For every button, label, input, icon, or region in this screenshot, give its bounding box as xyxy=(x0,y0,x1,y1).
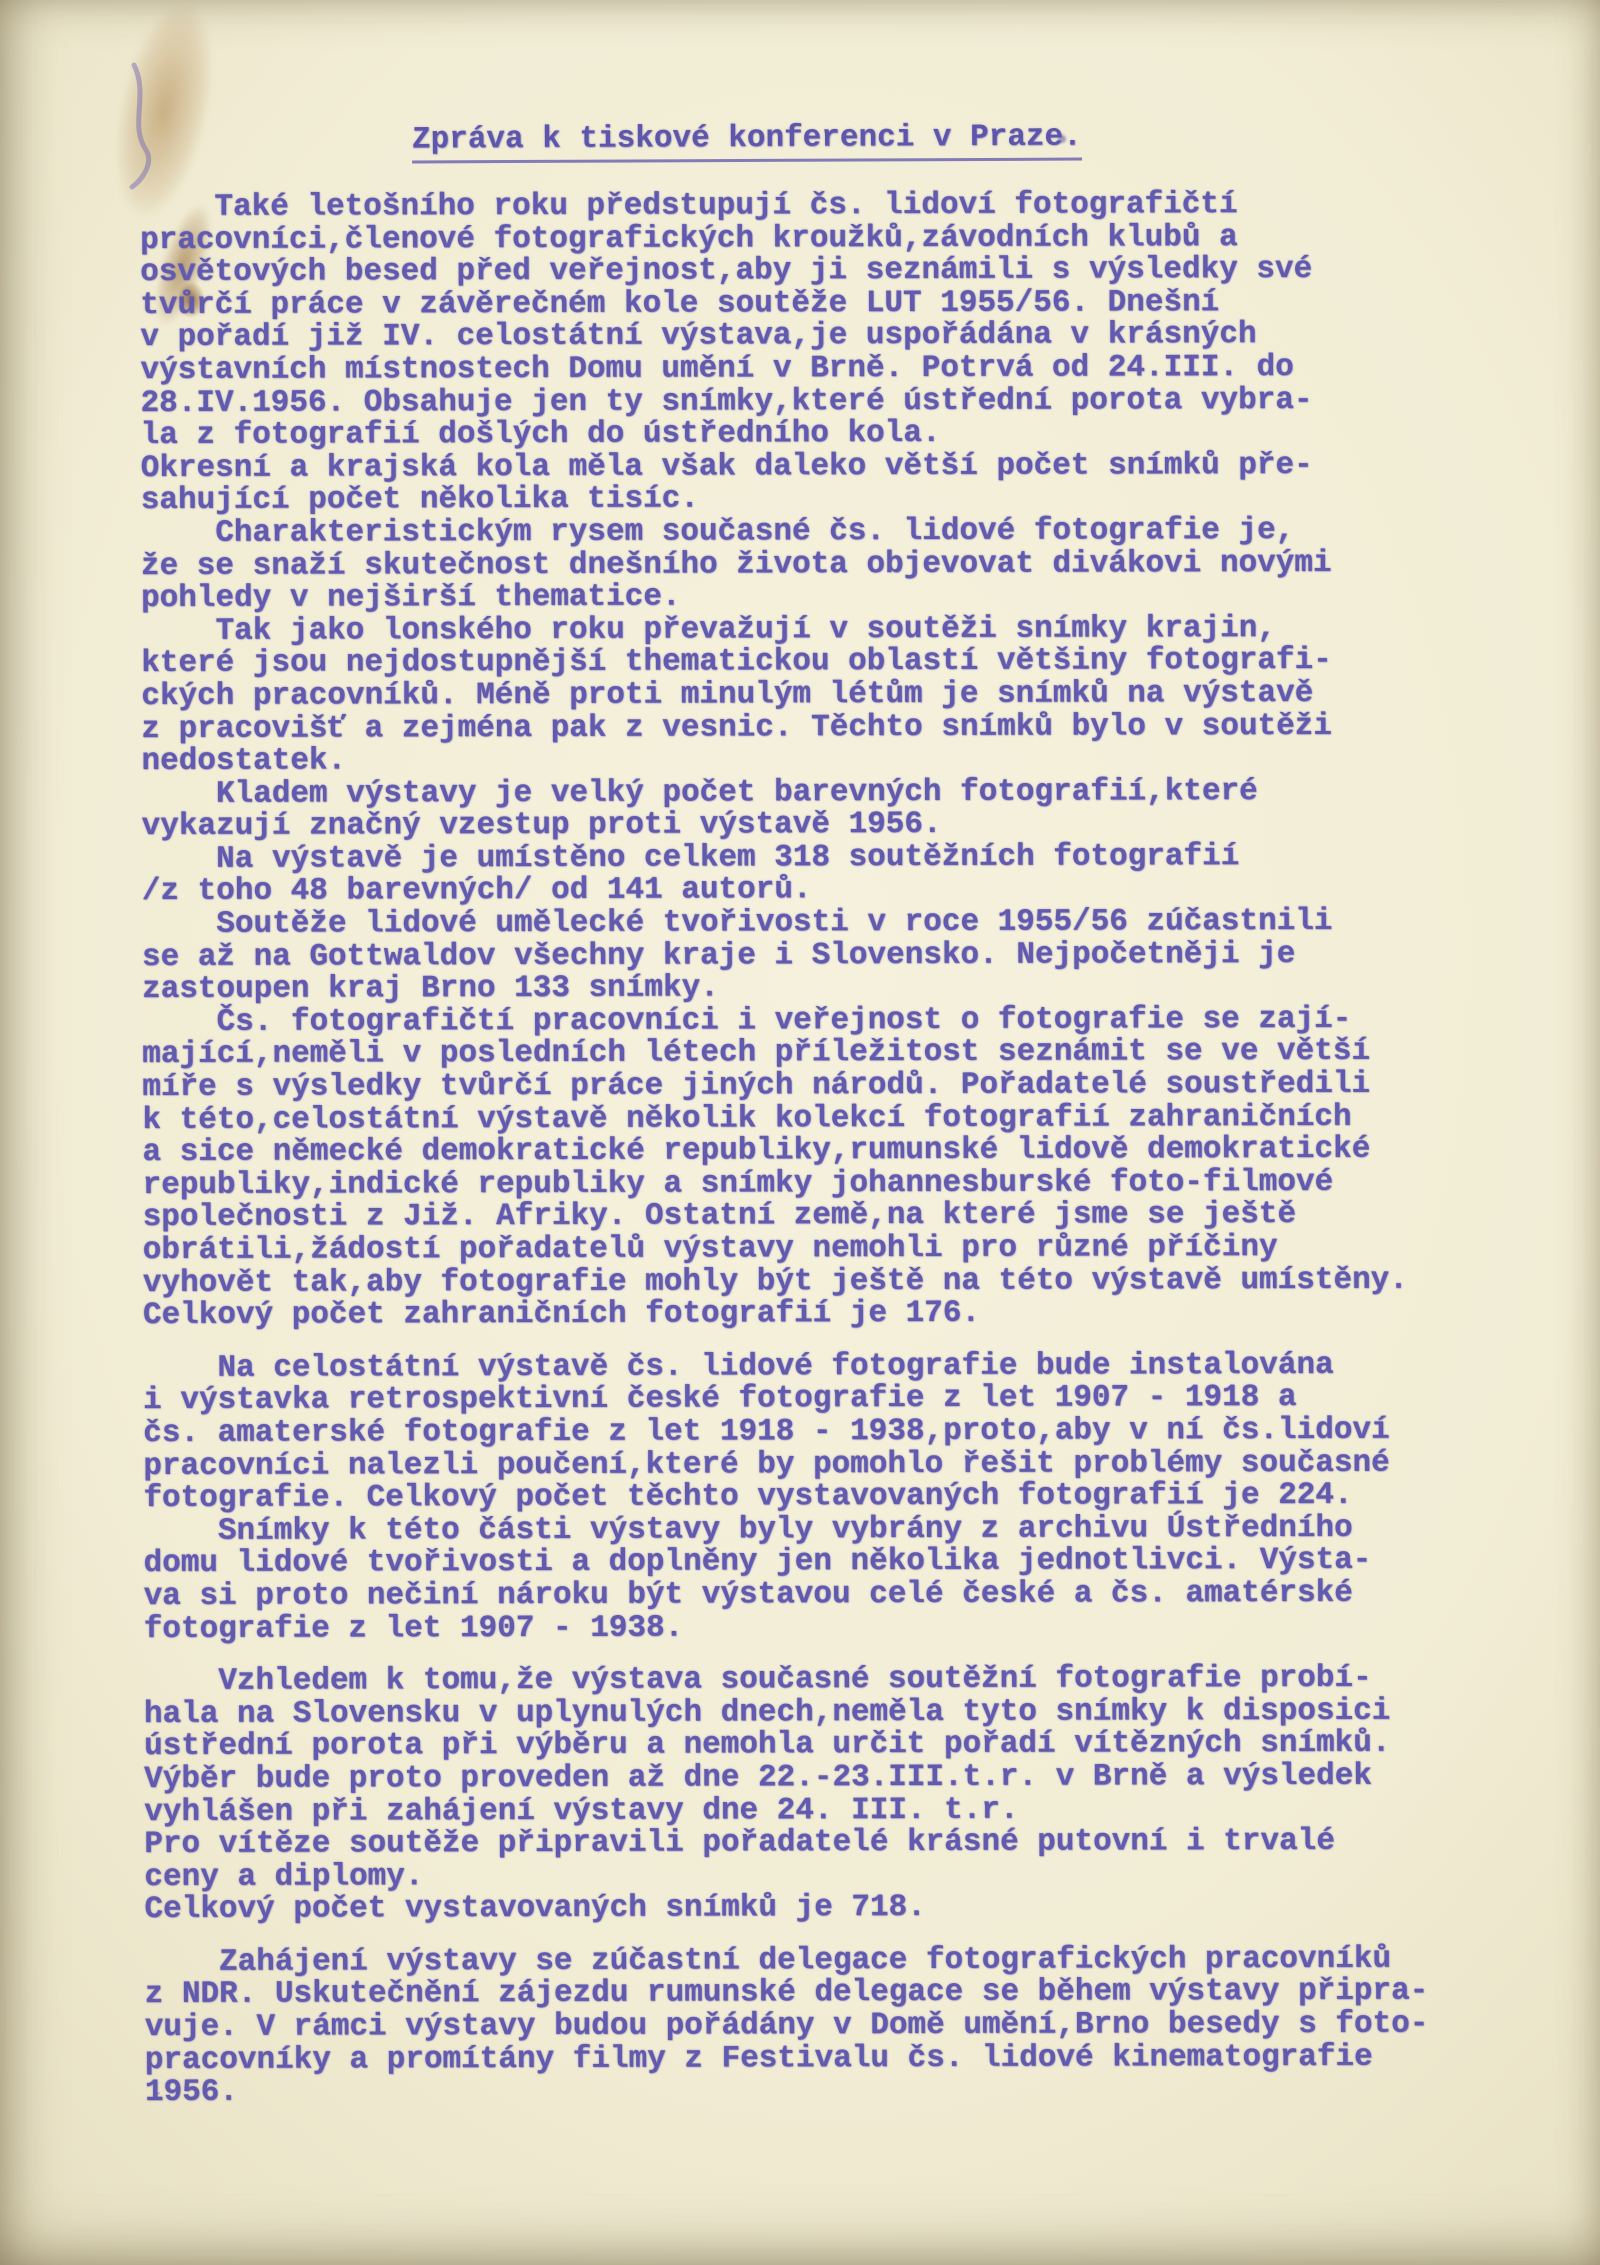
paragraph: Také letošního roku předstupují čs. lido… xyxy=(140,188,1561,518)
paragraph: Zahájení výstavy se zúčastní delegace fo… xyxy=(145,1943,1565,2110)
text-line: pracovníci,členové fotografických kroužk… xyxy=(140,221,1560,257)
text-line: vyhlášen při zahájení výstavy dne 24. II… xyxy=(144,1793,1564,1829)
text-line: republiky,indické republiky a snímky joh… xyxy=(143,1166,1563,1202)
text-line: nedostatek. xyxy=(141,742,1561,778)
text-line: Charakteristickým rysem současné čs. lid… xyxy=(141,514,1561,550)
text-line: výstavních místnostech Domu umění v Brně… xyxy=(140,351,1560,387)
paragraph: Snímky k této části výstavy byly vybrány… xyxy=(143,1512,1563,1646)
text-line: vyhovět tak,aby fotografie mohly být ješ… xyxy=(143,1264,1563,1300)
text-line: la z fotografií došlých do ústředního ko… xyxy=(141,416,1561,452)
text-line: pohledy v nejširší thematice. xyxy=(141,579,1561,615)
text-line: Celkový počet zahraničních fotografií je… xyxy=(143,1296,1563,1332)
text-line: pracovníky a promítány filmy z Festivalu… xyxy=(145,2041,1565,2077)
text-line: Okresní a krajská kola měla však daleko … xyxy=(141,449,1561,485)
text-line: společnosti z Již. Afriky. Ostatní země,… xyxy=(143,1199,1563,1235)
paragraph: Čs. fotografičtí pracovníci i veřejnost … xyxy=(142,1003,1563,1333)
paragraph: Soutěže lidové umělecké tvořivosti v roc… xyxy=(142,905,1562,1006)
text-line: Tak jako lonského roku převažují v soutě… xyxy=(141,612,1561,648)
text-line: že se snaží skutečnost dnešního života o… xyxy=(141,547,1561,583)
text-line: Na celostátní výstavě čs. lidové fotogra… xyxy=(143,1349,1563,1385)
text-line: va si proto nečiní nároku být výstavou c… xyxy=(144,1577,1564,1613)
text-line: v pořadí již IV. celostátní výstava,je u… xyxy=(140,319,1560,355)
paragraph: Tak jako lonského roku převažují v soutě… xyxy=(141,612,1561,779)
text-line: které jsou nejdostupnější thematickou ob… xyxy=(141,645,1561,681)
text-line: tvůrčí práce v závěrečném kole soutěže L… xyxy=(140,286,1560,322)
text-line: Kladem výstavy je velký počet barevných … xyxy=(142,775,1562,811)
paragraph: Kladem výstavy je velký počet barevných … xyxy=(142,775,1562,844)
text-line: vykazují značný vzestup proti výstavě 19… xyxy=(142,808,1562,844)
text-line: /z toho 48 barevných/ od 141 autorů. xyxy=(142,873,1562,909)
text-line: se až na Gottwaldov všechny kraje i Slov… xyxy=(142,938,1562,974)
document-title: Zpráva k tiskové konferenci v Praze. xyxy=(412,120,1082,164)
pen-scribble xyxy=(104,55,214,195)
text-line: a sice německé demokratické republiky,ru… xyxy=(142,1133,1562,1169)
document-body: Také letošního roku předstupují čs. lido… xyxy=(140,188,1565,2110)
paragraph: Na výstavě je umístěno celkem 318 soutěž… xyxy=(142,840,1562,909)
document-page: Zpráva k tiskové konferenci v Praze. Tak… xyxy=(0,0,1600,2265)
paragraph: Vzhledem k tomu,že výstava současné sout… xyxy=(144,1662,1565,1926)
text-line: ceny a diplomy. xyxy=(144,1858,1564,1894)
text-line: Celkový počet vystavovaných snímků je 71… xyxy=(144,1891,1564,1927)
text-line: fotografie z let 1907 - 1938. xyxy=(144,1610,1564,1646)
text-line: Na výstavě je umístěno celkem 318 soutěž… xyxy=(142,840,1562,876)
text-line: Pro vítěze soutěže připravili pořadatelé… xyxy=(144,1825,1564,1861)
text-line: Také letošního roku předstupují čs. lido… xyxy=(140,188,1560,224)
text-line: 28.IV.1956. Obsahuje jen ty snímky,které… xyxy=(141,384,1561,420)
text-line: Výběr bude proto proveden až dne 22.-23.… xyxy=(144,1760,1564,1796)
paragraph: Na celostátní výstavě čs. lidové fotogra… xyxy=(143,1349,1563,1516)
text-line: 1956. xyxy=(145,2074,1565,2110)
paragraph: Charakteristickým rysem současné čs. lid… xyxy=(141,514,1561,615)
text-line: sahující počet několika tisíc. xyxy=(141,482,1561,518)
text-line: osvětových besed před veřejnost,aby ji s… xyxy=(140,253,1560,289)
text-line: ckých pracovníků. Méně proti minulým lét… xyxy=(141,677,1561,713)
text-line: z pracovišť a zejména pak z vesnic. Těch… xyxy=(141,710,1561,746)
text-line: Soutěže lidové umělecké tvořivosti v roc… xyxy=(142,905,1562,941)
